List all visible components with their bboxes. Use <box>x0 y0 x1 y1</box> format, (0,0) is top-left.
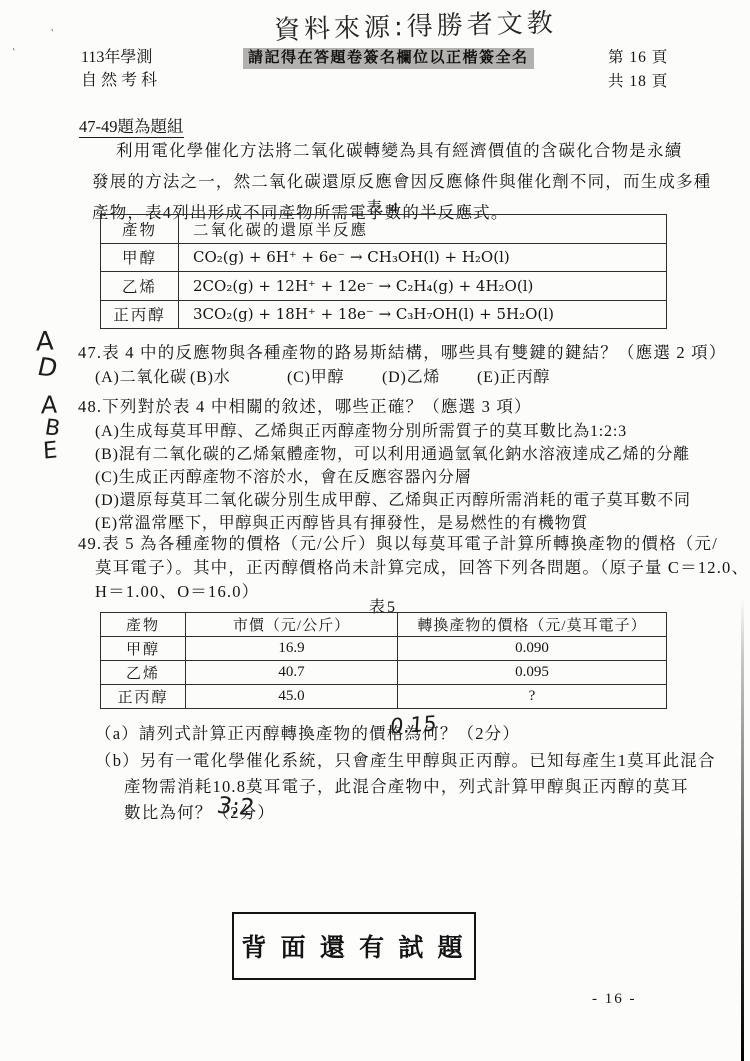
table4-product-ethylene: 乙烯 <box>101 272 179 301</box>
intro-line-2: 發展的方法之一，然二氧化碳還原反應會因反應條件與催化劑不同，而生成多種 <box>92 168 712 192</box>
q47-stem: 47.表 4 中的反應物與各種產物的路易斯結構，哪些具有雙鍵的鍵結？（應選 2 … <box>78 339 727 363</box>
exam-subject: 自然考科 <box>81 69 161 92</box>
handwritten-answer-q49b: 3:2 <box>215 793 256 821</box>
table5: 產物 市價（元/公斤） 轉換產物的價格（元/莫耳電子） 甲醇 16.9 0.09… <box>100 612 667 709</box>
exam-year: 113年學測 <box>81 46 161 69</box>
table5-converted-methanol: 0.090 <box>398 637 667 661</box>
table-row: 乙烯 40.7 0.095 <box>101 661 667 685</box>
table5-price-ethylene: 40.7 <box>186 661 398 685</box>
q48-option-b: (B)混有二氧化碳的乙烯氣體產物，可以利用通過氫氧化鈉水溶液達成乙烯的分離 <box>95 441 690 464</box>
table4: 產物 二氧化碳的還原半反應 甲醇 CO₂(g) + 6H⁺ + 6e⁻ → CH… <box>100 214 667 329</box>
q49b-line-2: 產物需消耗10.8莫耳電子，此混合產物中，列式計算甲醇與正丙醇的莫耳 <box>124 773 689 797</box>
table4-header-reaction: 二氧化碳的還原半反應 <box>179 215 667 244</box>
signature-reminder-text: 請記得在答題卷簽名欄位以正楷簽全名 <box>243 48 534 69</box>
page-indicator: 第 16 頁 共 18 頁 <box>608 46 668 94</box>
page-total: 共 18 頁 <box>608 70 668 94</box>
exam-header: 113年學測 自然考科 <box>81 46 161 92</box>
handwritten-source-note: 資料來源:得勝者文教 <box>274 2 558 46</box>
q47-option-e: (E)正丙醇 <box>477 364 550 387</box>
question-group-heading: 47-49題為題組 <box>79 113 184 137</box>
table4-product-methanol: 甲醇 <box>101 243 179 272</box>
table-row: 甲醇 16.9 0.090 <box>101 637 667 661</box>
table4-reaction-propanol: 3CO₂(g) + 18H⁺ + 18e⁻ → C₃H₇OH(l) + 5H₂O… <box>179 300 667 329</box>
back-page-notice-text: 背 面 還 有 試 題 <box>241 928 466 964</box>
handwritten-answer-q49a: 0.15 <box>389 711 437 738</box>
table-row: 乙烯 2CO₂(g) + 12H⁺ + 12e⁻ → C₂H₄(g) + 4H₂… <box>101 272 667 301</box>
table5-product-propanol: 正丙醇 <box>101 685 186 709</box>
q49b-line-1: （b）另有一電化學催化系統，只會產生甲醇與正丙醇。已知每產生1莫耳此混合 <box>95 747 716 771</box>
stray-mark: ˏ <box>12 39 18 52</box>
table-row: 產物 市價（元/公斤） 轉換產物的價格（元/莫耳電子） <box>101 613 667 637</box>
handwritten-answer-q48-e: E <box>42 437 58 465</box>
q47-option-b: (B)水 <box>190 364 231 387</box>
table5-price-propanol: 45.0 <box>186 685 398 709</box>
scan-edge-line <box>741 598 744 1061</box>
table5-product-ethylene: 乙烯 <box>101 661 186 685</box>
footer-page-number: - 16 - <box>592 991 637 1008</box>
q48-option-a: (A)生成每莫耳甲醇、乙烯與正丙醇產物分別所需質子的莫耳數比為1:2:3 <box>95 418 627 441</box>
table5-product-methanol: 甲醇 <box>101 637 186 661</box>
table-row: 正丙醇 3CO₂(g) + 18H⁺ + 18e⁻ → C₃H₇OH(l) + … <box>101 300 667 329</box>
q48-option-d: (D)還原每莫耳二氧化碳分別生成甲醇、乙烯與正丙醇所需消耗的電子莫耳數不同 <box>95 487 691 510</box>
table-row: 甲醇 CO₂(g) + 6H⁺ + 6e⁻ → CH₃OH(l) + H₂O(l… <box>101 243 667 272</box>
intro-line-1: 利用電化學催化方法將二氧化碳轉變為具有經濟價值的含碳化合物是永續 <box>116 137 682 161</box>
q47-option-a: (A)二氧化碳 <box>95 364 187 387</box>
back-page-notice-box: 背 面 還 有 試 題 <box>232 912 476 980</box>
stray-mark: ˏ <box>50 20 57 33</box>
table5-converted-propanol: ? <box>398 685 667 709</box>
table5-converted-ethylene: 0.095 <box>398 661 667 685</box>
q48-option-c: (C)生成正丙醇產物不溶於水，會在反應容器內分層 <box>95 464 472 487</box>
q48-stem: 48.下列對於表 4 中相關的敘述，哪些正確？（應選 3 項） <box>78 393 532 417</box>
table-row: 正丙醇 45.0 ? <box>101 685 667 709</box>
scanned-exam-page: ˏ ˏ 資料來源:得勝者文教 113年學測 自然考科 請記得在答題卷簽名欄位以正… <box>0 0 750 1061</box>
signature-reminder-banner: 請記得在答題卷簽名欄位以正楷簽全名 <box>243 46 534 67</box>
table-row: 產物 二氧化碳的還原半反應 <box>101 215 667 244</box>
table5-header-product: 產物 <box>101 613 186 637</box>
table5-header-price: 市價（元/公斤） <box>186 613 398 637</box>
page-current: 第 16 頁 <box>608 46 668 70</box>
q49-stem-line-1: 49.表 5 為各種產物的價格（元/公斤）與以每莫耳電子計算所轉換產物的價格（元… <box>78 530 718 554</box>
table4-reaction-methanol: CO₂(g) + 6H⁺ + 6e⁻ → CH₃OH(l) + H₂O(l) <box>179 243 667 272</box>
q47-option-c: (C)甲醇 <box>287 364 344 387</box>
table5-header-converted-price: 轉換產物的價格（元/莫耳電子） <box>398 613 667 637</box>
table4-product-propanol: 正丙醇 <box>101 300 179 329</box>
table4-header-product: 產物 <box>101 215 179 244</box>
q49-stem-line-2: 莫耳電子）。其中，正丙醇價格尚未計算完成，回答下列各問題。（原子量 C＝12.0… <box>95 554 749 578</box>
q47-option-d: (D)乙烯 <box>382 364 440 387</box>
table4-reaction-ethylene: 2CO₂(g) + 12H⁺ + 12e⁻ → C₂H₄(g) + 4H₂O(l… <box>179 272 667 301</box>
q49a-text: （a）請列式計算正丙醇轉換產物的價格為何？（2分） <box>95 720 520 744</box>
table5-price-methanol: 16.9 <box>186 637 398 661</box>
